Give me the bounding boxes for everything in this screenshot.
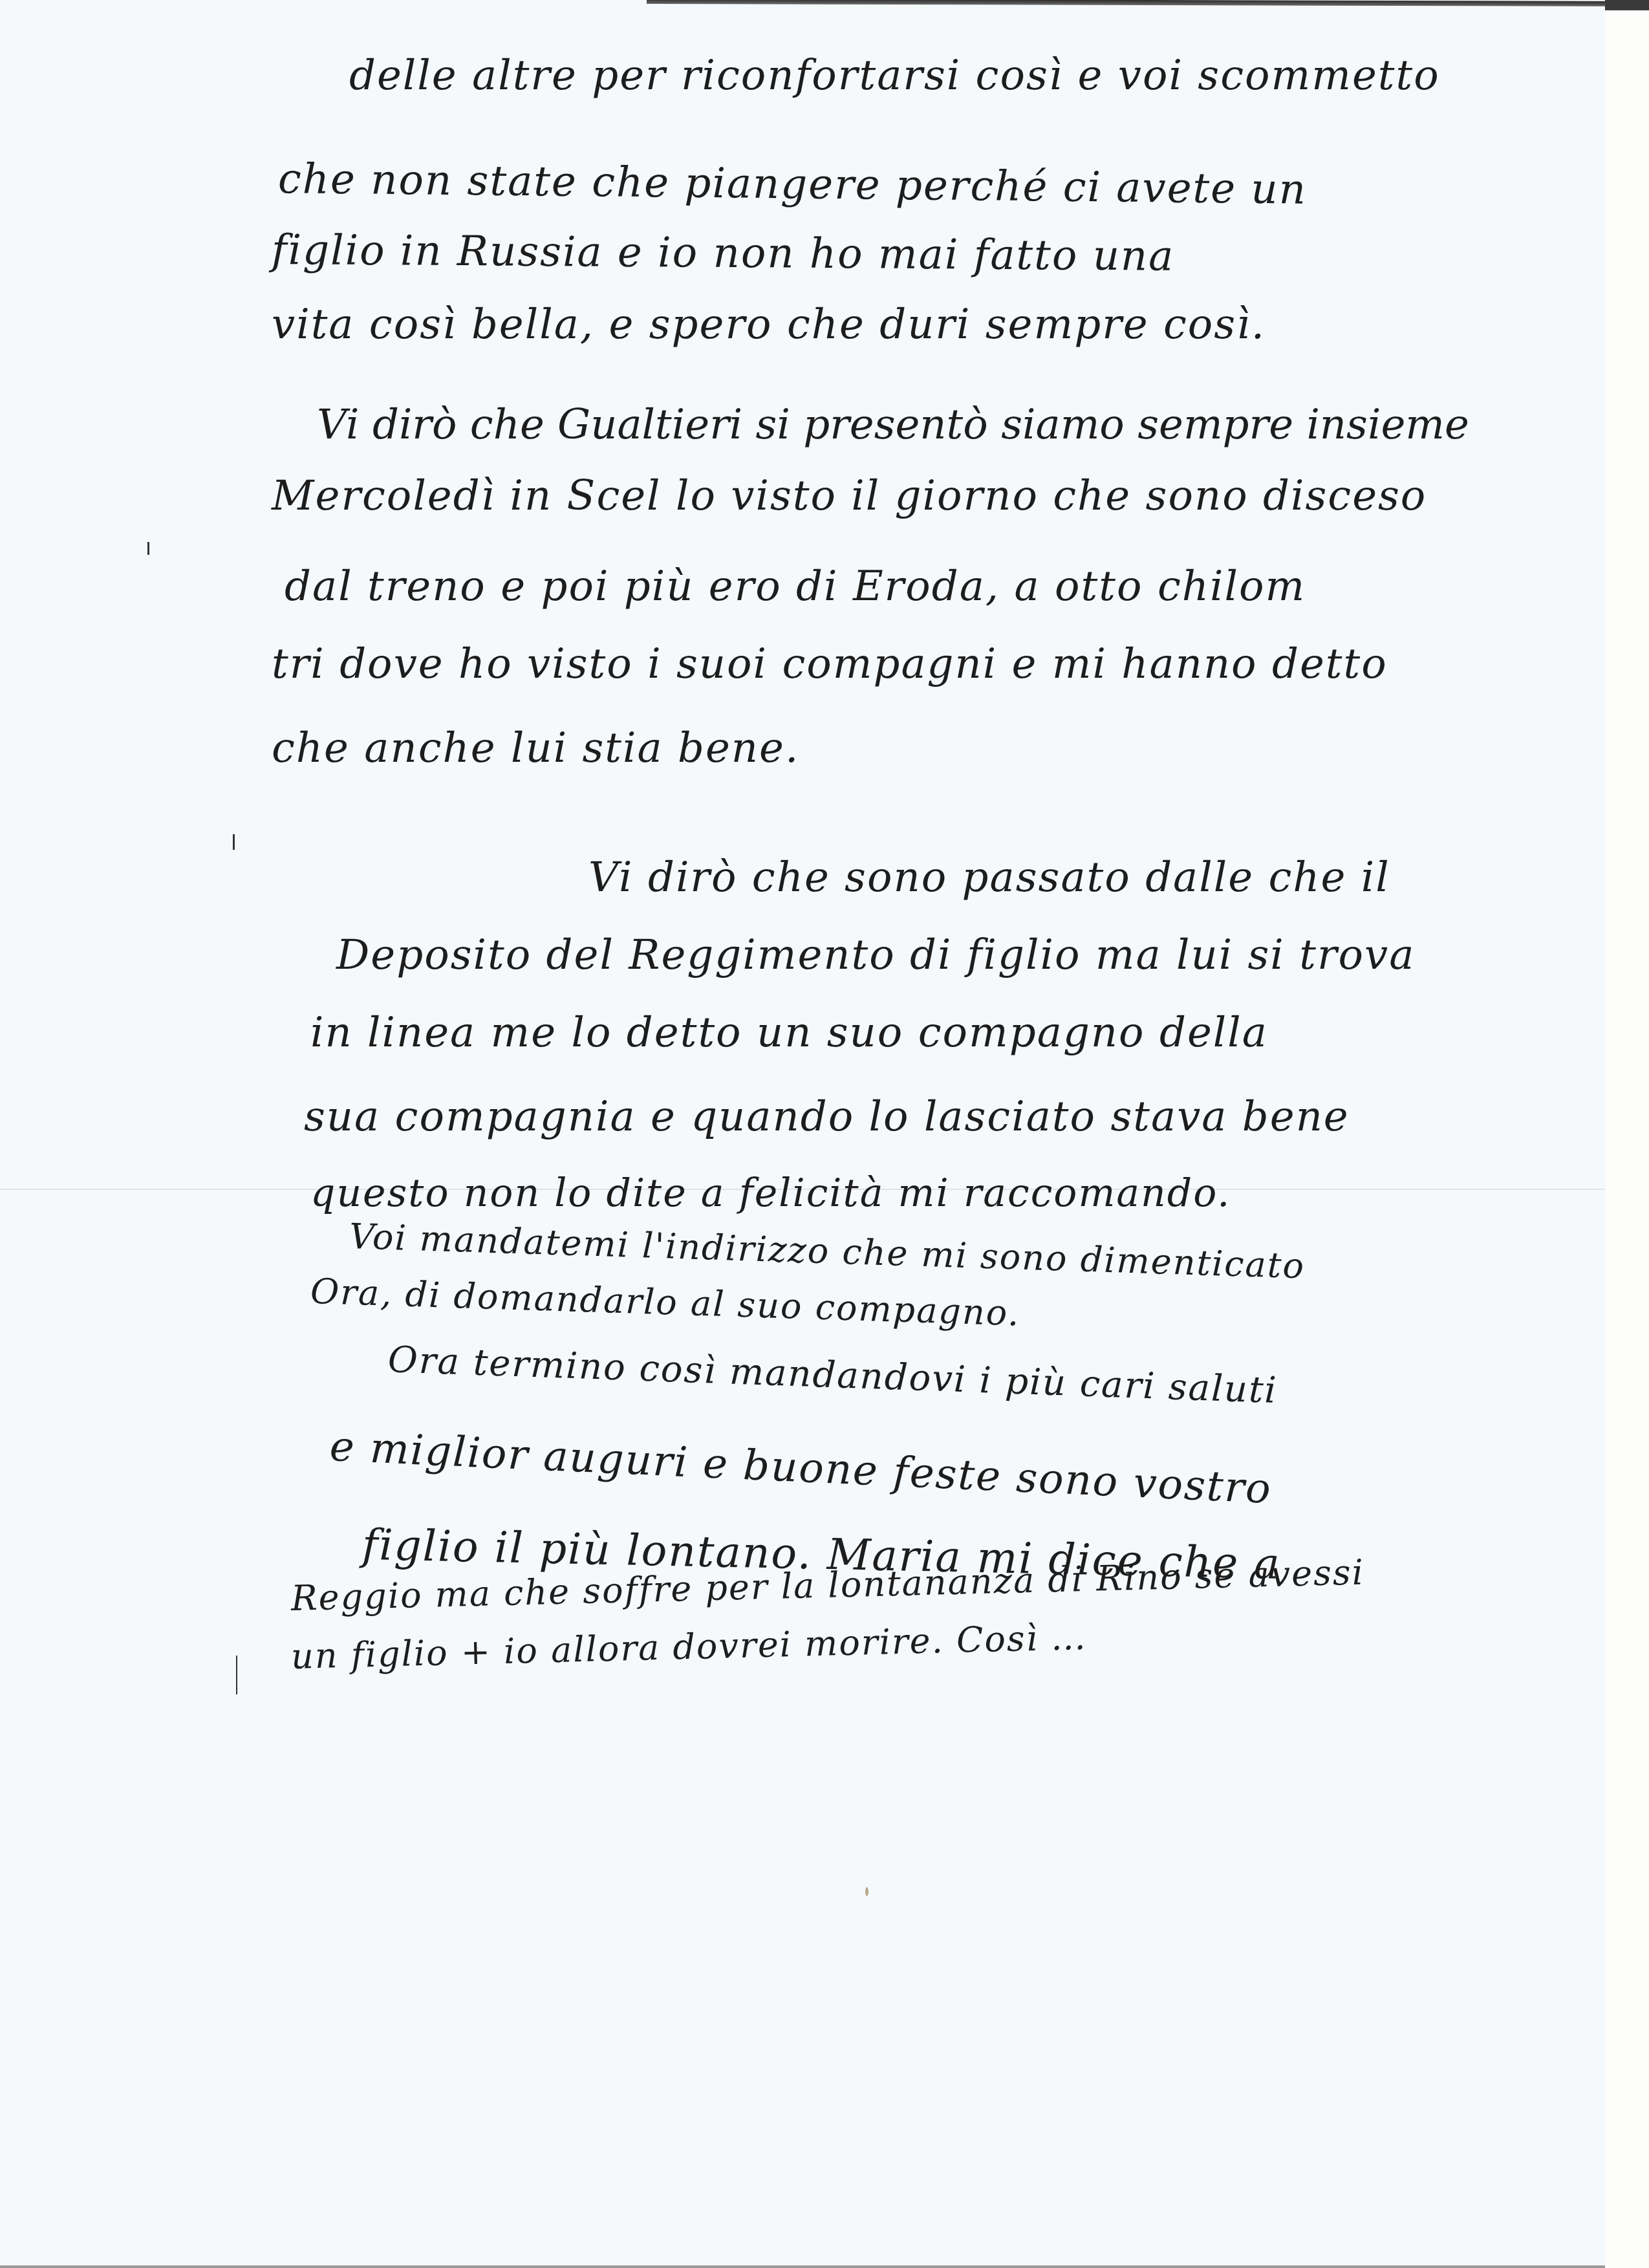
letter-line-5: Vi dirò che Gualtieri si presentò siamo … xyxy=(317,401,1469,449)
letter-line-8: tri dove ho visto i suoi compagni e mi h… xyxy=(272,640,1388,688)
letter-line-4: vita così bella, e spero che duri sempre… xyxy=(272,301,1266,349)
letter-line-3: figlio in Russia e io non ho mai fatto u… xyxy=(272,226,1175,281)
letter-line-1: delle altre per riconfortarsi così e voi… xyxy=(349,52,1440,100)
margin-mark xyxy=(233,834,235,850)
letter-line-13: sua compagnia e quando lo lasciato stava… xyxy=(304,1093,1350,1141)
letter-line-9: che anche lui stia bene. xyxy=(272,724,799,772)
margin-mark xyxy=(236,1656,237,1694)
letter-line-10: Vi dirò che sono passato dalle che il xyxy=(588,854,1390,902)
letter-line-6: Mercoledì in Scel lo visto il giorno che… xyxy=(272,472,1427,520)
letter-line-11: Deposito del Reggimento di figlio ma lui… xyxy=(336,931,1415,979)
letter-line-14: questo non lo dite a felicità mi raccoma… xyxy=(310,1171,1231,1216)
margin-mark xyxy=(147,542,149,555)
letter-line-12: in linea me lo detto un suo compagno del… xyxy=(310,1009,1268,1057)
letter-line-7: dal treno e poi più ero di Eroda, a otto… xyxy=(285,563,1306,610)
paper-speck xyxy=(865,1887,868,1896)
scan-corner-shadow xyxy=(1605,0,1649,10)
scan-bottom-shadow xyxy=(0,2265,1605,2268)
scan-margin-strip xyxy=(1605,0,1649,2268)
